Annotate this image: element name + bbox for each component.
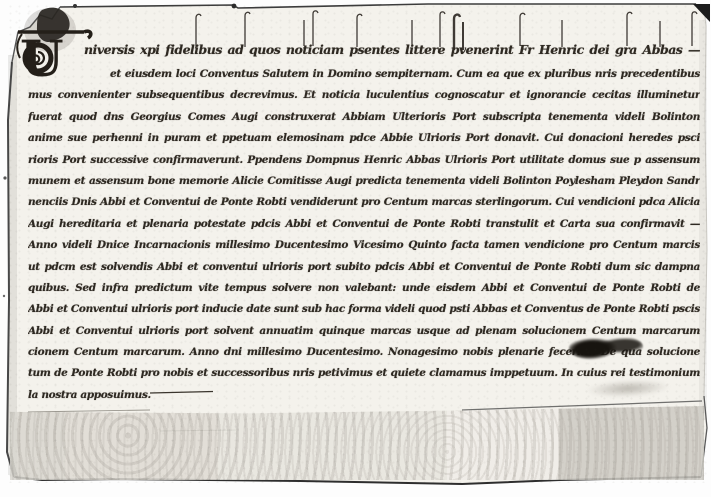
manuscript-line: tum de Ponte Robti pro nobis et successo… bbox=[28, 363, 700, 384]
illuminated-initial: U bbox=[14, 20, 94, 90]
manuscript-line: ut pdcm est solvendis Abbi et conventui … bbox=[28, 257, 700, 278]
manuscript-line: Anno videli Dnice Incarnacionis millesim… bbox=[28, 235, 700, 256]
manuscript-line: quibus. Sed infra predictum vite tempus … bbox=[28, 278, 700, 299]
manuscript-line: Abbi et Conventui ulrioris port inducie … bbox=[28, 299, 700, 320]
manuscript-line: Augi hereditaria et plenaria potestate p… bbox=[28, 214, 700, 235]
manuscript-line: niversis xpi fidelibus ad quos noticiam … bbox=[28, 37, 700, 64]
manuscript-line: et eiusdem loci Conventus Salutem in Dom… bbox=[28, 64, 700, 85]
manuscript-line: munem et assensum bone memorie Alicie Co… bbox=[28, 171, 700, 192]
edge-speck bbox=[3, 176, 6, 179]
manuscript-line: nenciis Dnis Abbi et Conventui de Ponte … bbox=[28, 192, 700, 213]
edge-speck bbox=[3, 295, 5, 297]
manuscript-line: la nostra apposuimus. bbox=[28, 385, 700, 406]
scanned-charter-page: U niversis xpi fidelibus ad quos noticia… bbox=[0, 0, 711, 497]
manuscript-line: rioris Port successive confirmaverunt. P… bbox=[28, 150, 700, 171]
edge-speck bbox=[73, 4, 77, 8]
manuscript-line: anime sue perhenni in puram et ppetuam e… bbox=[28, 128, 700, 149]
plica-fold-band bbox=[10, 406, 704, 480]
manuscript-line: mus convenienter subsequentibus decrevim… bbox=[28, 85, 700, 106]
edge-speck bbox=[232, 4, 237, 9]
manuscript-line: fuerat quod dns Georgius Comes Augi cons… bbox=[28, 107, 700, 128]
